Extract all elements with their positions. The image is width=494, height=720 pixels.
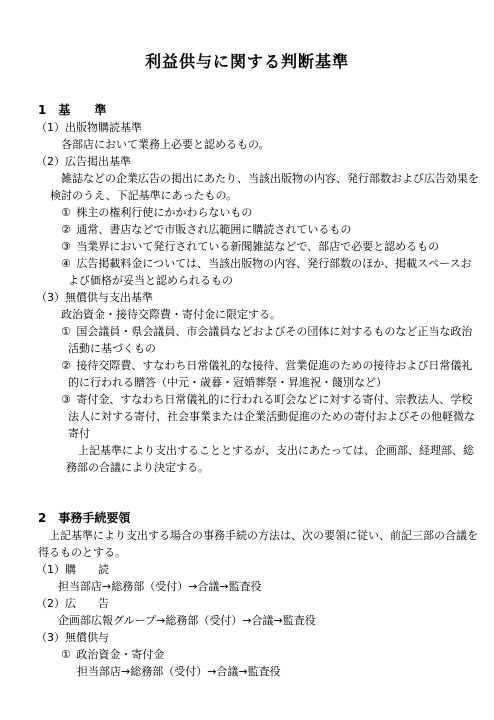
document-body: 1 基 準（1）出版物購読基準各部店において業務上必要と認めるもの。（2）広告掲… [0,102,494,680]
subsection-heading: （2）広告掲出基準 [36,153,494,170]
section-heading: 2 事務手続要領 [38,510,494,527]
numbered-list-item: ① 国会議員・県会議員、市会議員などおよびその団体に対するものなど正当な政治活動… [68,323,482,357]
numbered-list-item: ③ 寄付金、すなわち日常儀礼的に行われる町会などに対する寄付、宗教法人、学校法人… [68,391,482,442]
subsection-heading: （2）広 告 [36,595,494,612]
numbered-list-item: ④ 広告掲載料金については、当該出版物の内容、発行部数のほか、掲載スペースおよび… [68,255,482,289]
numbered-list-item: ① 政治資金・寄付金 [68,646,482,663]
paragraph: 政治資金・接待交際費・寄付金に限定する。 [50,306,482,323]
subsection-heading: （1）出版物購読基準 [36,119,494,136]
paragraph: 雑誌などの企業広告の掲出にあたり、当該出版物の内容、発行部数および広告効果を検討… [50,170,482,204]
document-title: 利益供与に関する判断基準 [0,50,494,74]
subsection-heading: （1）購 読 [36,561,494,578]
subsection-heading: （3）無償供与支出基準 [36,289,494,306]
numbered-list-item: ② 接待交際費、すなわち日常儀礼的な接待、営業促進のための接待および日常儀礼的に… [68,357,482,391]
numbered-list-item: ② 通常、書店などで市販され広範囲に購読されているもの [68,221,482,238]
procedure-flow-line: 企画部広報グループ→総務部（受付）→合議→監査役 [58,612,494,629]
paragraph: 上記基準により支出することとするが、支出にあたっては、企画部、経理部、総務部の合… [66,442,482,476]
numbered-list-item: ③ 当業界において発行されている新聞雑誌などで、部店で必要と認めるもの [68,238,482,255]
paragraph: 各部店において業務上必要と認めるもの。 [50,136,482,153]
subsection-heading: （3）無償供与 [36,629,494,646]
procedure-flow-line: 担当部店→総務部（受付）→合議→監査役 [58,578,494,595]
numbered-list-item: ① 株主の権利行使にかかわらないもの [68,204,482,221]
document-page: 利益供与に関する判断基準 1 基 準（1）出版物購読基準各部店において業務上必要… [0,0,494,720]
section-heading: 1 基 準 [38,102,494,119]
paragraph: 上記基準により支出する場合の事務手続の方法は、次の要領に従い、前記三部の合議を得… [38,527,482,561]
procedure-flow-line: 担当部店→総務部（受付）→合議→監査役 [77,663,494,680]
